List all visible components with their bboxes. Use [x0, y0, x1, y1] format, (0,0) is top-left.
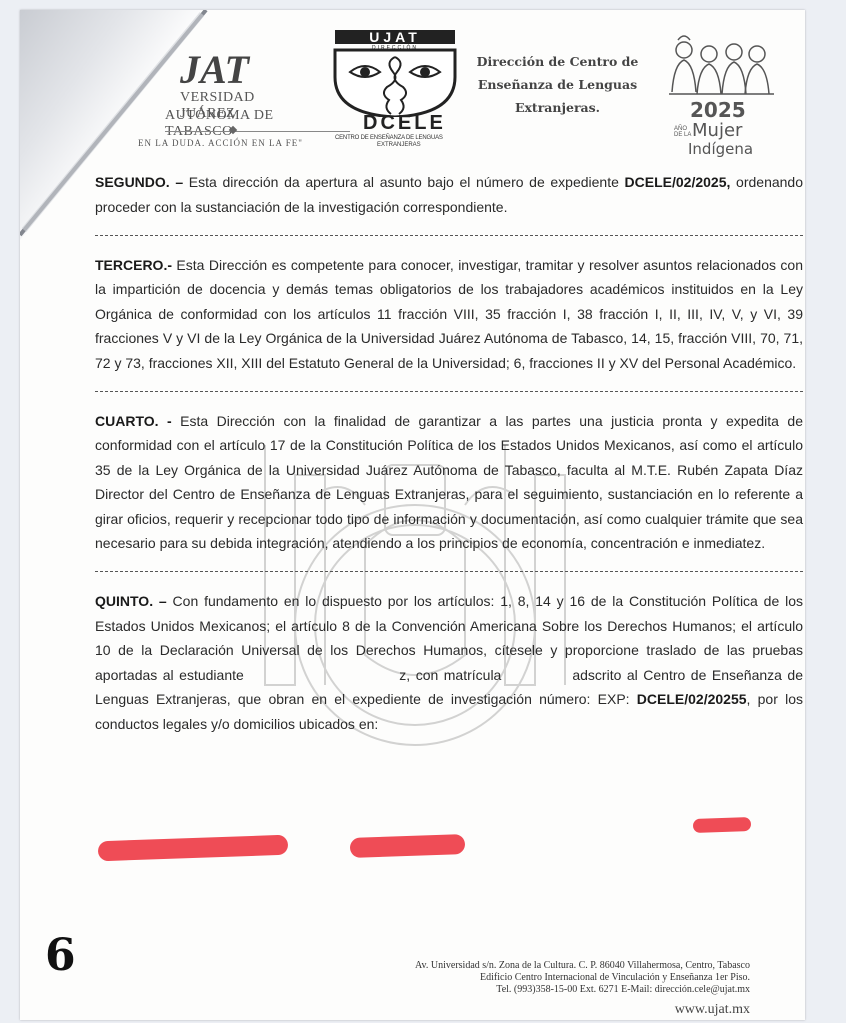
ano-mujer-indigena-logo: 2025 AÑO DE LA Mujer Indígena [660, 24, 785, 164]
section-label: CUARTO. - [95, 413, 172, 429]
footer-line: Tel. (993)358-15-00 Ext. 6271 E-Mail: di… [415, 984, 750, 996]
mujer-label: Mujer [692, 120, 742, 141]
footer-address: Av. Universidad s/n. Zona de la Cultura.… [415, 960, 750, 1018]
section-tercero: TERCERO.- Esta Dirección es competente p… [95, 253, 803, 376]
ujat-motto: EN LA DUDA. ACCIÓN EN LA FE" [138, 138, 303, 148]
direction-title-line: Extranjeras. [460, 96, 655, 119]
dcele-name: DCELE [363, 112, 446, 135]
indigenous-women-illustration-icon [664, 32, 779, 97]
redaction-mark [693, 817, 751, 833]
direction-title-line: Enseñanza de Lenguas [460, 73, 655, 96]
dcele-subtitle: CENTRO DE ENSEÑANZA DE LENGUAS [335, 135, 443, 141]
section-segundo: SEGUNDO. – Esta dirección da apertura al… [95, 170, 803, 219]
direction-title-line: Dirección de Centro de [460, 50, 655, 73]
ano-line: DE LA [674, 132, 691, 138]
section-text: Esta Dirección es competente para conoce… [95, 257, 803, 371]
ujat-logo-line2: AUTÓNOMA DE TABASCO [165, 108, 295, 140]
dcele-subtitle-2: EXTRANJERAS [377, 142, 421, 148]
svg-text:DIRECCIÓN: DIRECCIÓN [372, 44, 418, 51]
ujat-logo-rule [165, 131, 350, 132]
svg-text:UJAT: UJAT [369, 29, 421, 45]
footer-line: Edificio Centro Internacional de Vincula… [415, 972, 750, 984]
section-quinto: QUINTO. – Con fundamento en lo dispuesto… [95, 589, 803, 736]
expediente-ref: DCELE/02/20255 [637, 691, 747, 707]
dcele-logo: UJAT DIRECCIÓN DCELE CENTRO DE ENSEÑANZA… [325, 22, 465, 152]
section-text: con matrícula [410, 667, 501, 683]
section-label: TERCERO.- [95, 257, 172, 273]
ano-label: AÑO DE LA [674, 126, 691, 138]
fill-dashes [95, 375, 803, 400]
redaction-mark [350, 834, 466, 858]
section-label: QUINTO. – [95, 593, 167, 609]
fill-dashes [95, 556, 803, 581]
section-text: Esta dirección da apertura al asunto baj… [183, 174, 624, 190]
direction-title: Dirección de Centro de Enseñanza de Leng… [460, 50, 655, 119]
dcele-mask-icon: UJAT DIRECCIÓN [325, 22, 465, 117]
year-label: 2025 [690, 98, 746, 122]
section-label: SEGUNDO. – [95, 174, 183, 190]
redacted-name-tail: z, [399, 667, 410, 683]
section-cuarto: CUARTO. - Esta Dirección con la finalida… [95, 409, 803, 556]
ujat-logo-mark: JAT [180, 46, 249, 93]
page-number: 6 [45, 930, 76, 981]
footer-line: Av. Universidad s/n. Zona de la Cultura.… [415, 960, 750, 972]
document-body: SEGUNDO. – Esta dirección da apertura al… [95, 170, 803, 736]
indigena-label: Indígena [688, 140, 753, 158]
section-text: Esta Dirección con la finalidad de garan… [95, 413, 803, 552]
fill-dashes [95, 219, 803, 244]
expediente-ref: DCELE/02/2025, [625, 174, 731, 190]
redaction-mark [98, 835, 289, 862]
document-page: JAT VERSIDAD JUÁREZ AUTÓNOMA DE TABASCO … [20, 10, 805, 1020]
footer-website: www.ujat.mx [415, 1002, 750, 1018]
